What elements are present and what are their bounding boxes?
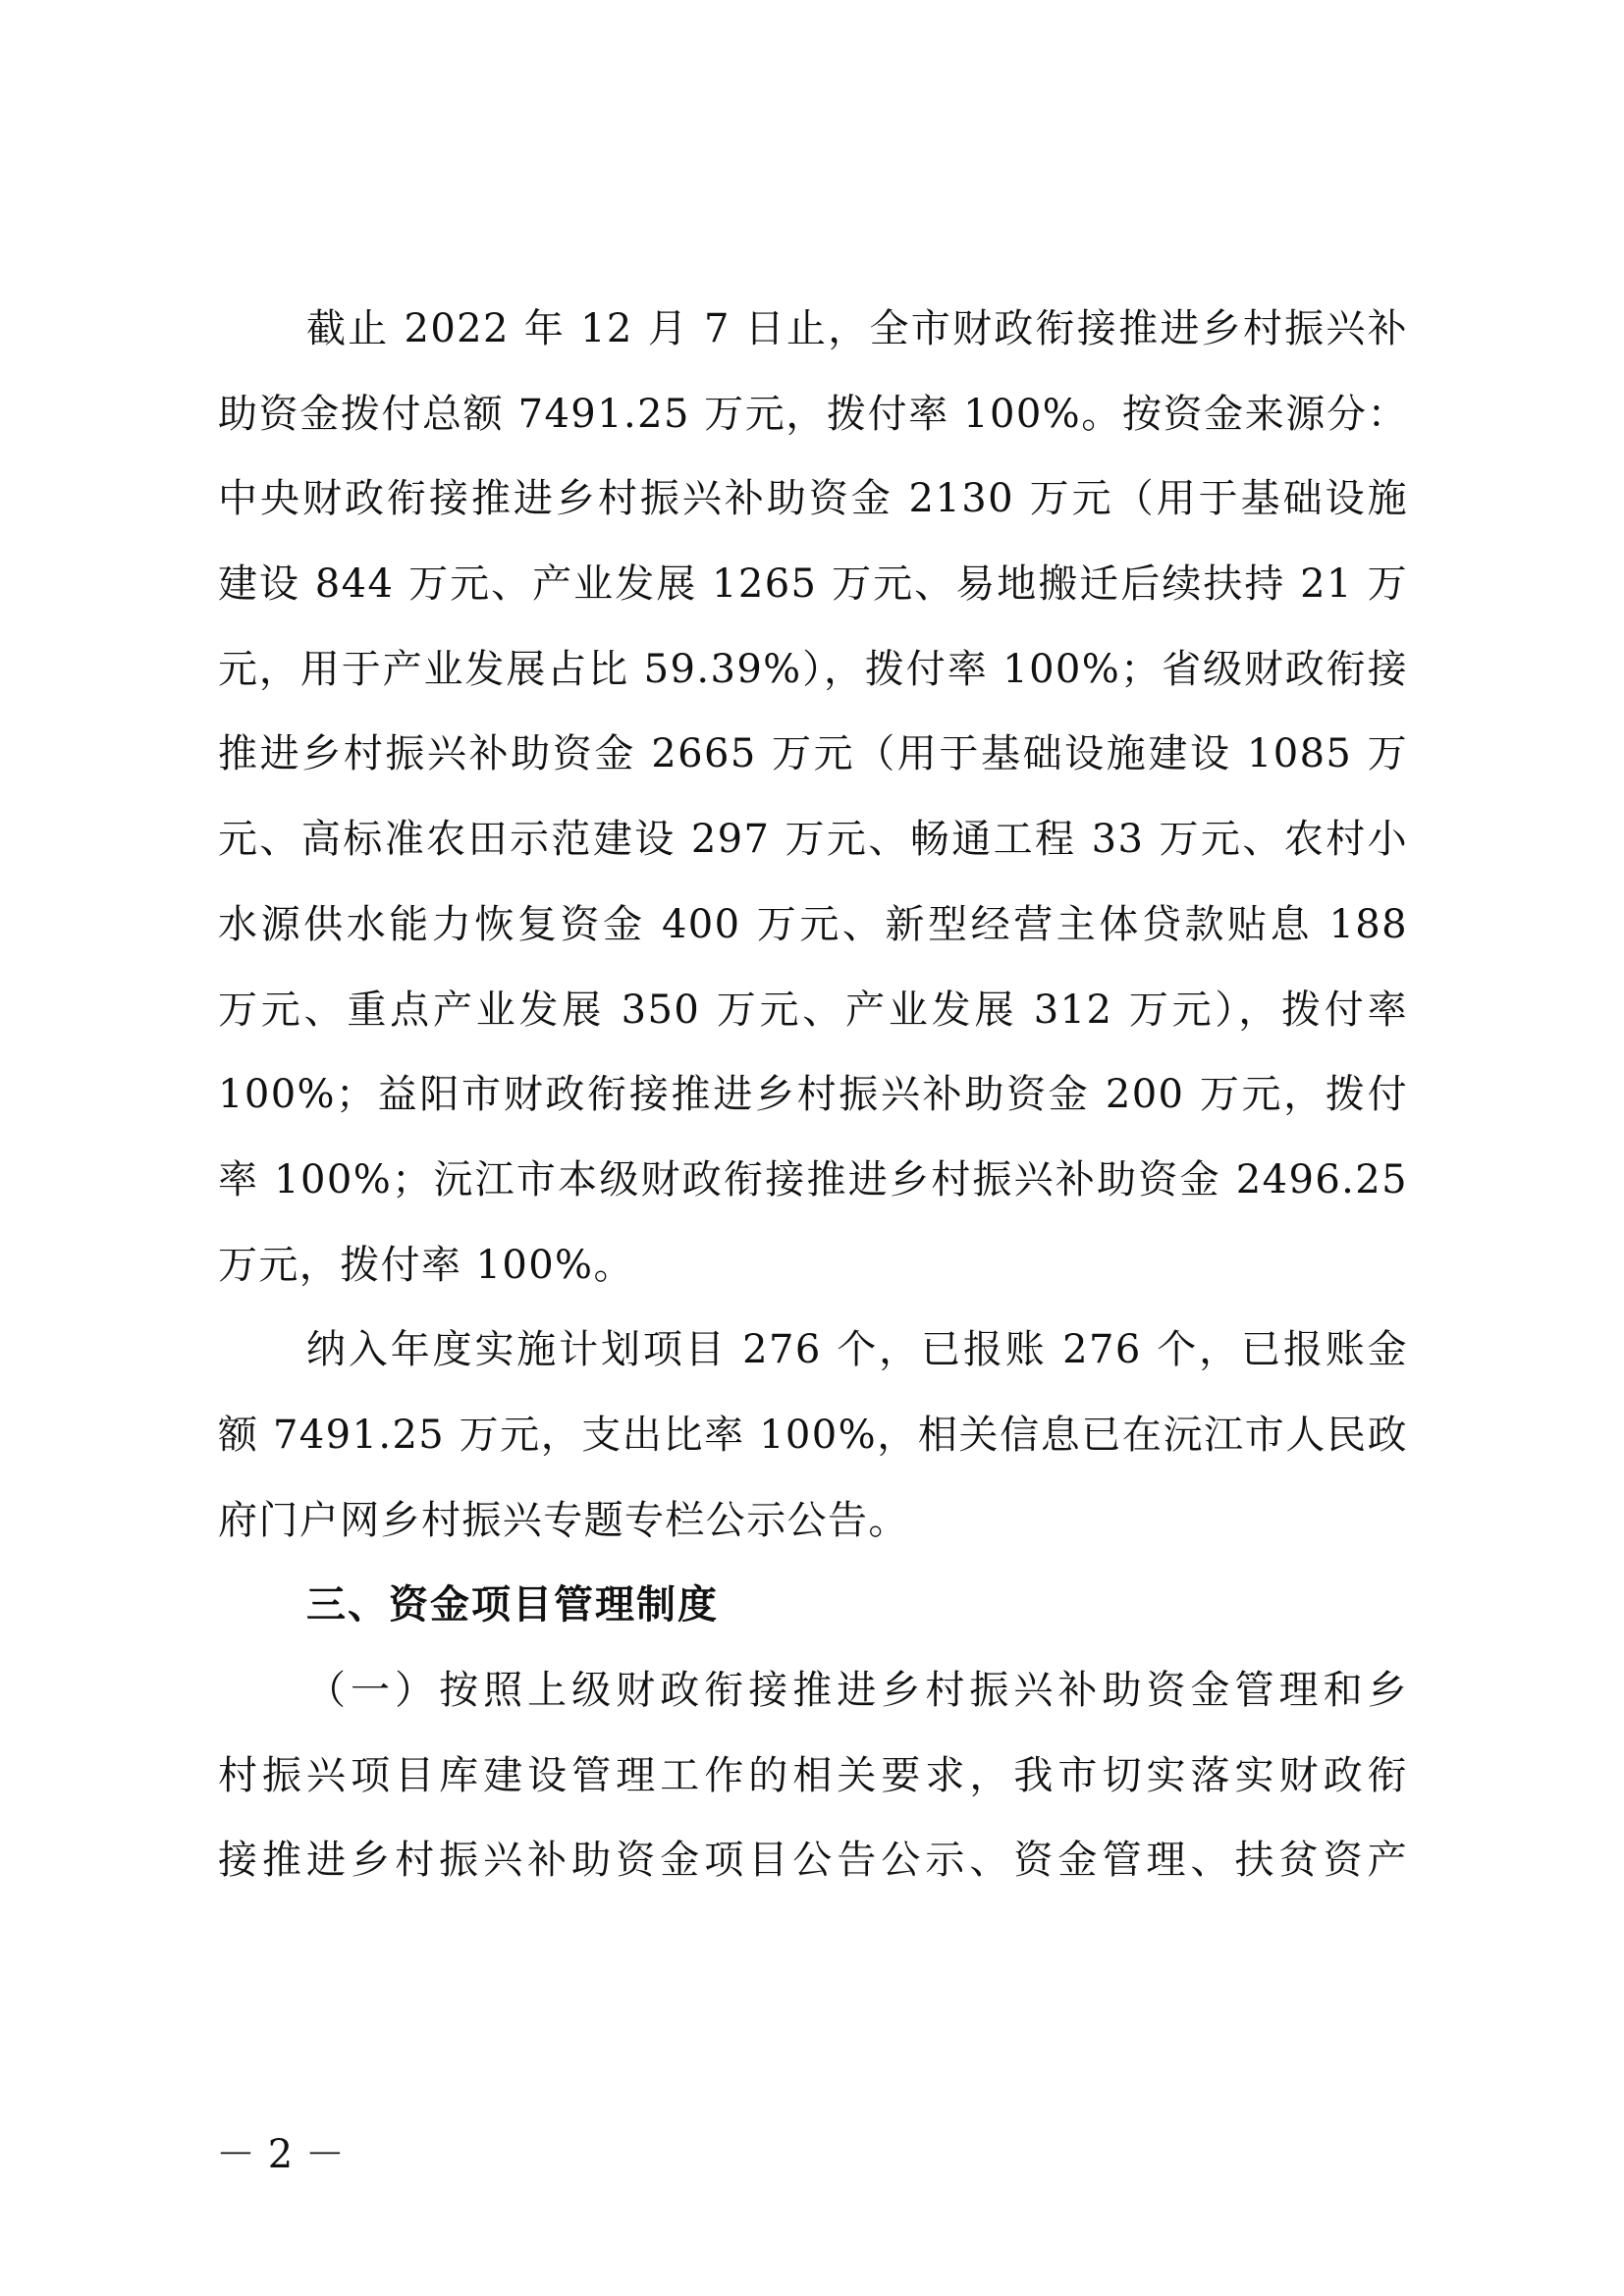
paragraph-2-line-1: 纳入年度实施计划项目 276 个，已报账 276 个，已报账金 — [218, 1308, 1408, 1393]
paragraph-1-line-12: 万元，拨付率 100%。 — [218, 1223, 1408, 1308]
document-page: 截止 2022 年 12 月 7 日止，全市财政衔接推进乡村振兴补 助资金拨付总… — [0, 0, 1624, 2296]
paragraph-1-line-5: 元，用于产业发展占比 59.39%），拨付率 100%；省级财政衔接 — [218, 627, 1408, 713]
paragraph-1-line-4: 建设 844 万元、产业发展 1265 万元、易地搬迁后续扶持 21 万 — [218, 542, 1408, 627]
section-heading: 三、资金项目管理制度 — [218, 1563, 1408, 1648]
paragraph-3-line-3: 接推进乡村振兴补助资金项目公告公示、资金管理、扶贫资产 — [218, 1818, 1408, 1903]
document-body: 截止 2022 年 12 月 7 日止，全市财政衔接推进乡村振兴补 助资金拨付总… — [218, 287, 1408, 1903]
paragraph-1-line-8: 水源供水能力恢复资金 400 万元、新型经营主体贷款贴息 188 — [218, 882, 1408, 968]
paragraph-2-line-3: 府门户网乡村振兴专题专栏公示公告。 — [218, 1478, 1408, 1564]
paragraph-2-line-2: 额 7491.25 万元，支出比率 100%，相关信息已在沅江市人民政 — [218, 1393, 1408, 1478]
page-number: － 2 － — [216, 2130, 345, 2179]
paragraph-1-line-11: 率 100%；沅江市本级财政衔接推进乡村振兴补助资金 2496.25 — [218, 1138, 1408, 1223]
paragraph-1-line-10: 100%；益阳市财政衔接推进乡村振兴补助资金 200 万元，拨付 — [218, 1052, 1408, 1138]
paragraph-1-line-3: 中央财政衔接推进乡村振兴补助资金 2130 万元（用于基础设施 — [218, 456, 1408, 542]
paragraph-1-line-6: 推进乡村振兴补助资金 2665 万元（用于基础设施建设 1085 万 — [218, 712, 1408, 797]
paragraph-1-line-9: 万元、重点产业发展 350 万元、产业发展 312 万元），拨付率 — [218, 968, 1408, 1053]
paragraph-1-line-1: 截止 2022 年 12 月 7 日止，全市财政衔接推进乡村振兴补 — [218, 287, 1408, 372]
paragraph-1-line-2: 助资金拨付总额 7491.25 万元，拨付率 100%。按资金来源分： — [218, 372, 1408, 457]
paragraph-3-line-2: 村振兴项目库建设管理工作的相关要求，我市切实落实财政衔 — [218, 1734, 1408, 1819]
paragraph-1-line-7: 元、高标准农田示范建设 297 万元、畅通工程 33 万元、农村小 — [218, 797, 1408, 882]
paragraph-3-line-1: （一）按照上级财政衔接推进乡村振兴补助资金管理和乡 — [218, 1648, 1408, 1734]
